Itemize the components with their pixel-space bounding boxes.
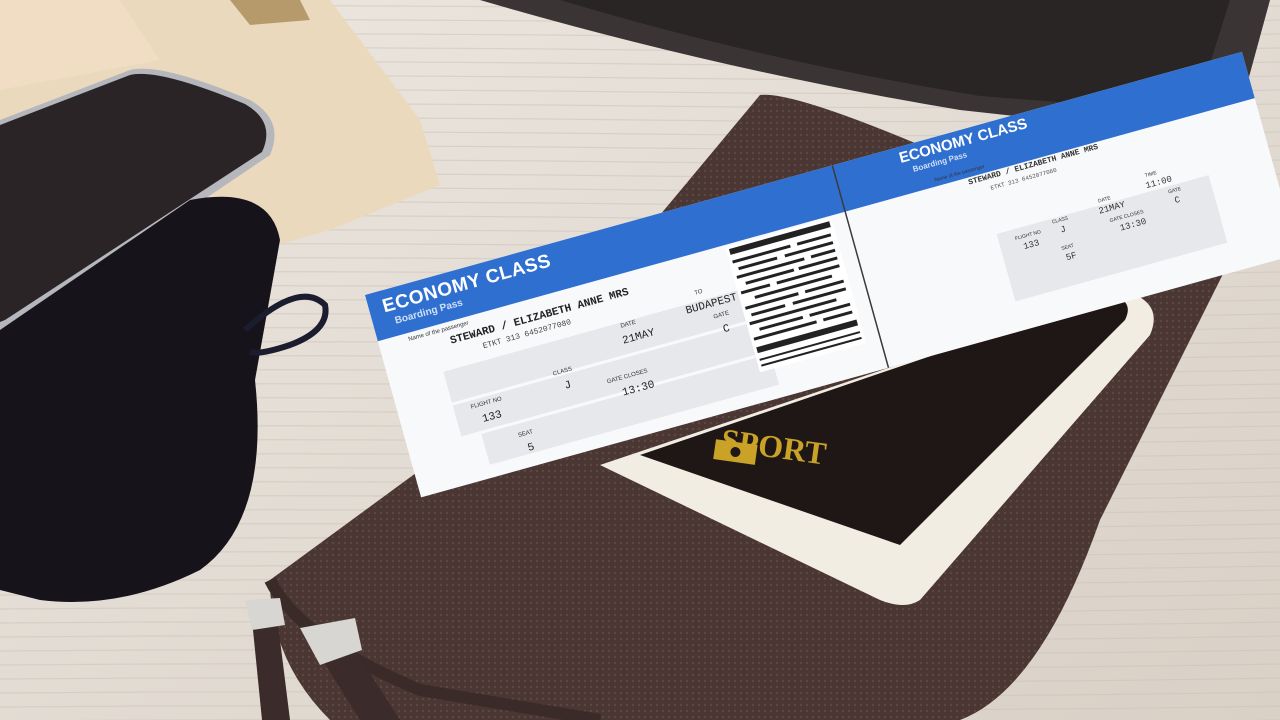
field-date-value: 21MAY xyxy=(621,327,656,347)
stub-seat-value: 5F xyxy=(1065,251,1078,264)
field-class-value: J xyxy=(563,379,573,392)
photo-scene: SPORT xyxy=(0,0,1280,720)
stub-passenger-name: STEWARD / ELIZABETH ANNE MRS xyxy=(967,143,1099,188)
stub-class-label: CLASS xyxy=(1051,215,1068,225)
passenger-name: STEWARD / ELIZABETH ANNE MRS xyxy=(449,287,630,348)
field-gate-value: C xyxy=(722,323,732,336)
field-seat-label: SEAT xyxy=(517,429,533,439)
field-class-label: CLASS xyxy=(552,366,573,377)
stub-gate-value: C xyxy=(1174,195,1182,206)
field-gate-closes-value: 13:30 xyxy=(621,379,656,399)
field-flight-value: 133 xyxy=(481,409,503,426)
field-date-label: DATE xyxy=(620,320,637,330)
stub-class-value: J xyxy=(1059,224,1067,235)
field-seat-value: 5 xyxy=(526,441,536,454)
stub-flight-value: 133 xyxy=(1022,238,1040,252)
stub-gate-label: GATE xyxy=(1168,186,1182,195)
field-to-value: BUDAPEST xyxy=(685,292,739,318)
field-gate-label: GATE xyxy=(713,310,730,320)
field-to-label: TO xyxy=(694,289,704,297)
